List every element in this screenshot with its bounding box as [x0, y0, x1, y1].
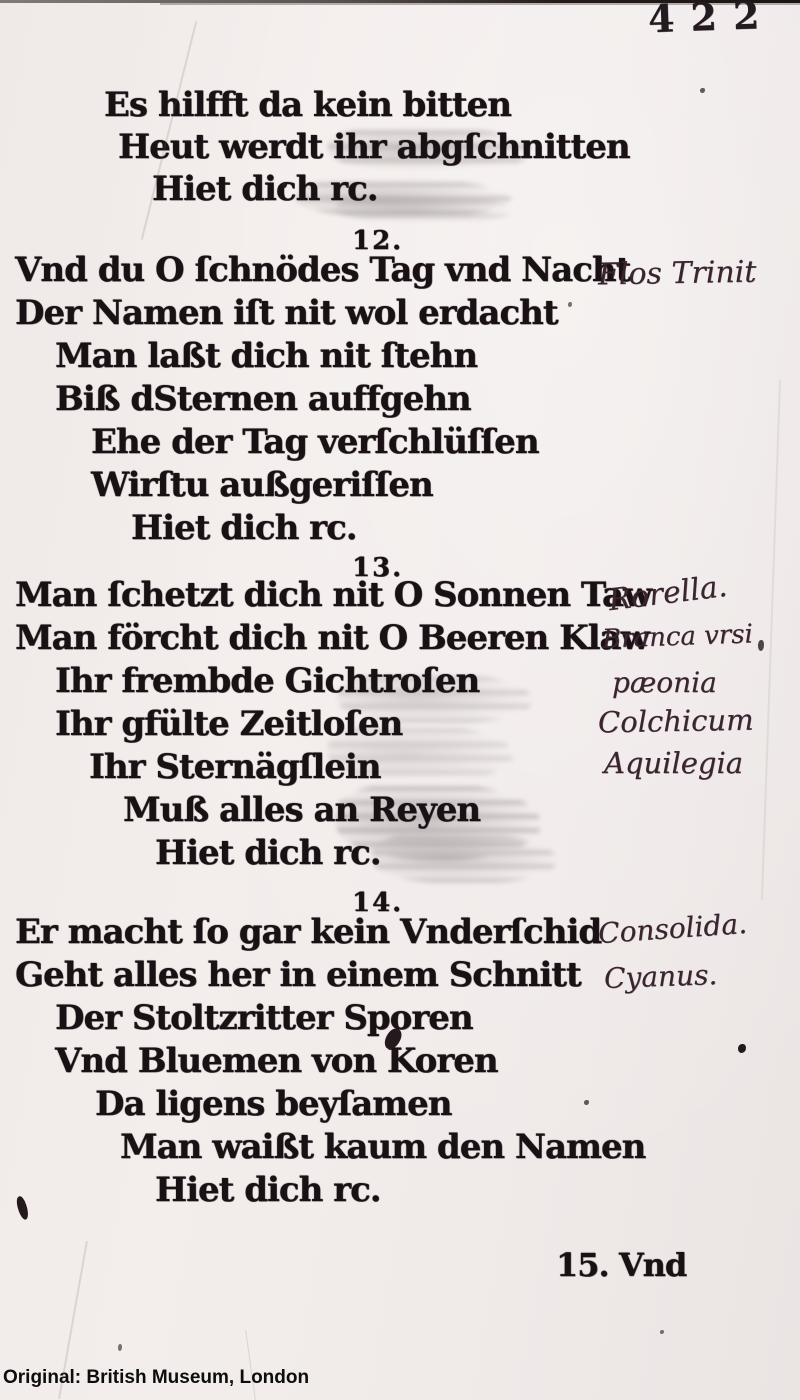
paper-crease	[761, 380, 781, 900]
marginalia-note: Branca vrsi	[602, 619, 754, 654]
verse-line: Der Stoltzritter Sporen	[55, 1001, 645, 1044]
ink-speck	[660, 1330, 664, 1334]
verse-line: Ihr Sternägſlein	[89, 750, 651, 793]
verse-line: Er macht ſo gar kein Vnderſchid	[15, 915, 645, 958]
catchword: 15. Vnd	[556, 1246, 686, 1284]
verse-line: Ihr gfülte Zeitloſen	[55, 707, 651, 750]
ink-speck	[758, 640, 764, 651]
source-caption: Original: British Museum, London	[3, 1367, 309, 1389]
ink-speck	[738, 1044, 746, 1053]
verse-line: Geht alles her in einem Schnitt	[15, 958, 645, 1001]
ink-speck	[118, 1344, 122, 1351]
verse-line: Muß alles an Reyen	[123, 793, 651, 836]
verse-line: Hiet dich rc.	[155, 1173, 645, 1216]
verse-line: Biß dSternen auffgehn	[55, 382, 630, 425]
marginalia-note: Consolida.	[597, 907, 748, 950]
verse-line: Ihr frembde Gichtroſen	[55, 664, 651, 707]
verse-line: Der Namen iſt nit wol erdacht	[15, 296, 630, 339]
marginalia-note: Flos Trinit	[598, 255, 757, 293]
verse-line: Man ſchetzt dich nit O Sonnen Taw	[15, 578, 651, 621]
verse-line: Vnd du O ſchnödes Tag vnd Nacht	[15, 253, 630, 296]
verse-fragment: Es hilfft da kein bitten Heut werdt ihr …	[104, 88, 630, 214]
paper-crease	[245, 1330, 256, 1399]
ink-speck	[700, 88, 705, 93]
stanza-14: Er macht ſo gar kein Vnderſchid Geht all…	[15, 915, 645, 1216]
marginalia-note: Colchicum	[598, 703, 754, 740]
verse-line: Ehe der Tag verſchlüſſen	[91, 425, 630, 468]
verse-line: Hiet dich rc.	[131, 511, 630, 554]
verse-line: Wirſtu außgeriſſen	[91, 468, 630, 511]
marginalia-note: Cyanus.	[603, 958, 717, 995]
verse-line: Da ligens beyſamen	[95, 1087, 645, 1130]
verse-line: Vnd Bluemen von Koren	[55, 1044, 645, 1087]
verse-line: Hiet dich rc.	[152, 172, 630, 214]
marginalia-note: pæonia	[612, 666, 717, 699]
folio-number: 422	[647, 0, 776, 41]
verse-line: Man laßt dich nit ſtehn	[55, 339, 630, 382]
verse-line: Heut werdt ihr abgſchnitten	[118, 130, 630, 172]
stanza-13: Man ſchetzt dich nit O Sonnen Taw Man fö…	[15, 578, 651, 879]
stanza-12: Vnd du O ſchnödes Tag vnd Nacht Der Name…	[15, 253, 630, 554]
verse-line: Hiet dich rc.	[155, 836, 651, 879]
verse-line: Man förcht dich nit O Beeren Klaw	[15, 621, 651, 664]
scanned-book-page: 422 Es hilfft da kein bitten Heut werdt …	[0, 0, 800, 1400]
verse-line: Es hilfft da kein bitten	[104, 88, 630, 130]
verse-line: Man waißt kaum den Namen	[120, 1130, 645, 1173]
marginalia-note: Aquilegia	[604, 746, 743, 780]
